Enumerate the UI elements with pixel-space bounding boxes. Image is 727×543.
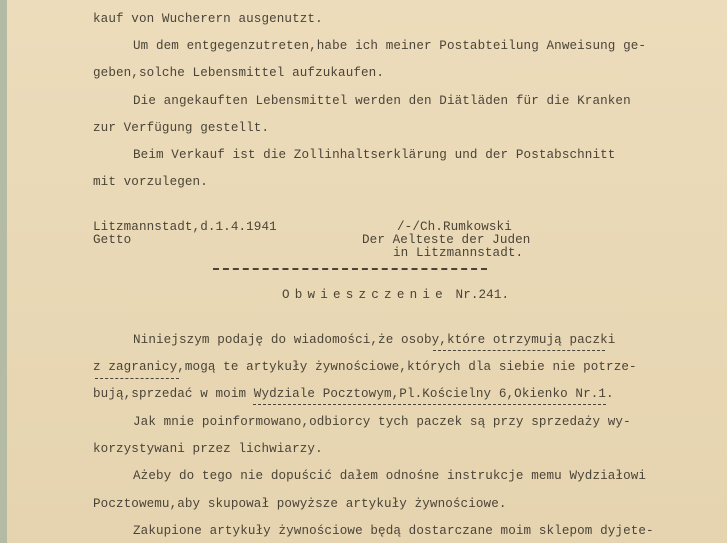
section-separator (213, 268, 487, 270)
text-line: Jak mnie poinformowano,odbiorcy tych pac… (133, 415, 631, 429)
underline (433, 350, 605, 351)
text-line: zur Verfügung gestellt. (93, 121, 269, 135)
signer-name: /-/Ch.Rumkowski (397, 220, 512, 234)
text-line: Zakupione artykuły żywnościowe będą dost… (133, 524, 654, 538)
text-line: Um dem entgegenzutreten,habe ich meiner … (133, 39, 646, 53)
text-line: Die angekauften Lebensmittel werden den … (133, 94, 631, 108)
text-line: mit vorzulegen. (93, 175, 208, 189)
text-line: Ażeby do tego nie dopuścić dałem odnośne… (133, 469, 646, 483)
text-line: korzystywani przez lichwiarzy. (93, 442, 323, 456)
text-line: geben,solche Lebensmittel aufzukaufen. (93, 66, 384, 80)
underline (95, 378, 179, 379)
text-line: z zagranicy,mogą te artykuły żywnościowe… (93, 360, 637, 374)
text-line: bują,sprzedać w moim Wydziale Pocztowym,… (93, 387, 614, 401)
scan-edge-strip (0, 0, 7, 543)
text-line: Beim Verkauf ist die Zollinhaltserklärun… (133, 148, 615, 162)
text-line: Niniejszym podaję do wiadomości,że osoby… (133, 333, 615, 347)
text-line: kauf von Wucherern ausgenutzt. (93, 12, 323, 26)
place-sub: Getto (93, 233, 131, 247)
underline (253, 404, 606, 405)
notice-heading: Obwieszczenie Nr.241. (282, 288, 509, 302)
signer-title: in Litzmannstadt. (393, 246, 523, 260)
text-line: Pocztowemu,aby skupował powyższe artykuł… (93, 497, 507, 511)
signer-title: Der Aelteste der Juden (362, 233, 530, 247)
document-page (7, 0, 727, 543)
place-date: Litzmannstadt,d.1.4.1941 (93, 220, 277, 234)
notice-title: Obwieszczenie (282, 288, 448, 302)
notice-number: Nr.241. (456, 288, 510, 302)
